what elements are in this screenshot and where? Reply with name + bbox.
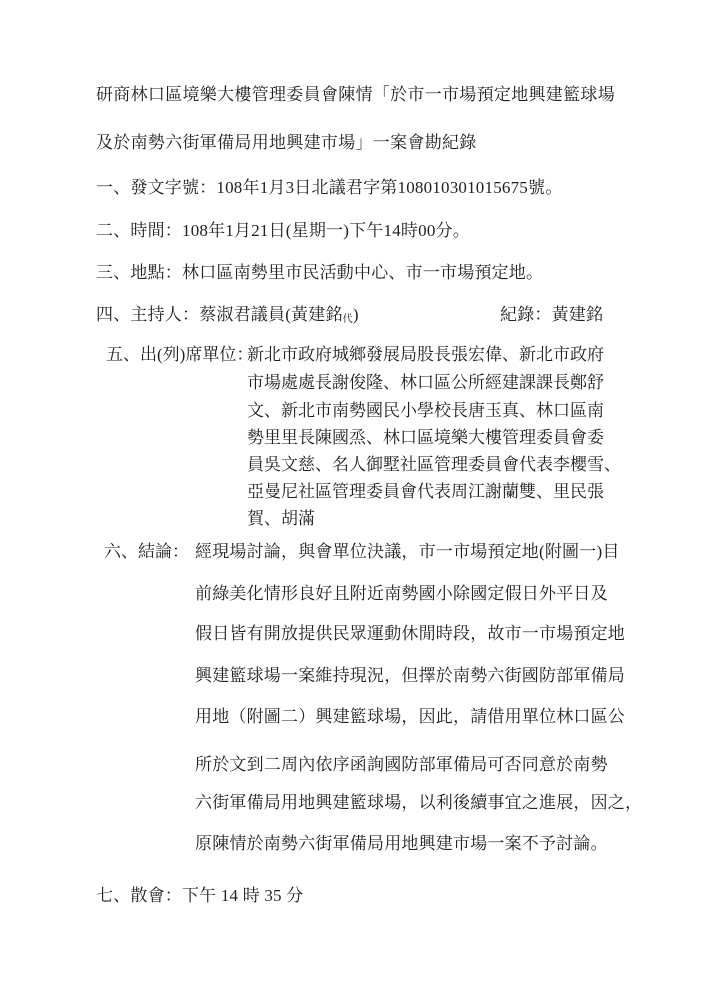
document-title-line-2: 及於南勢六街軍備局用地興建市場」一案會勘紀錄 [96, 131, 477, 155]
host-close-paren: ) [353, 305, 359, 324]
item-time: 二、時間：108年1月21日(星期一)下午14時00分。 [96, 219, 470, 243]
item-attendees-first-line: 五、出(列)席單位：新北市政府城鄉發展局股長張宏偉、新北市政府 [106, 343, 604, 367]
conclusion-line: 用地（附圖二）興建籃球場，因此，請借用單位林口區公 [195, 705, 625, 729]
host-deputy-mark: 代 [343, 314, 353, 325]
conclusion-line: 前綠美化情形良好且附近南勢國小除國定假日外平日及 [195, 582, 608, 606]
conclusion-lead: 六、結論： [104, 540, 195, 564]
attendees-line: 賀、胡滿 [247, 507, 315, 531]
attendees-line: 文、新北市南勢國民小學校長唐玉真、林口區南 [247, 399, 604, 423]
attendees-lead: 五、出(列)席單位： [106, 343, 247, 367]
attendees-line: 員吳文慈、名人御墅社區管理委員會代表李櫻雪、 [247, 453, 621, 477]
item-host: 四、主持人：蔡淑君議員(黃建銘代) 紀錄：黃建銘 [96, 303, 612, 332]
attendees-line: 勢里里長陳國烝、林口區境樂大樓管理委員會委 [247, 426, 604, 450]
recorder-text: 紀錄：黃建銘 [500, 303, 603, 327]
item-adjournment: 七、散會：下午 14 時 35 分 [96, 884, 303, 908]
conclusion-line: 所於文到二周內依序函詢國防部軍備局可否同意於南勢 [195, 753, 608, 777]
document-title-line-1: 研商林口區境樂大樓管理委員會陳情「於市一市場預定地興建籃球場 [96, 83, 615, 107]
item-issue-number: 一、發文字號：108年1月3日北議君字第108010301015675號。 [96, 176, 562, 200]
attendees-line: 新北市政府城鄉發展局股長張宏偉、新北市政府 [247, 345, 604, 364]
conclusion-line: 假日皆有開放提供民眾運動休閒時段，故市一市場預定地 [195, 622, 625, 646]
conclusion-line: 原陳情於南勢六街軍備局用地興建市場一案不予討論。 [195, 832, 608, 856]
item-conclusion-first-line: 六、結論：經現場討論，與會單位決議，市一市場預定地(附圖一)目 [104, 540, 620, 564]
conclusion-line: 經現場討論，與會單位決議，市一市場預定地(附圖一)目 [195, 542, 620, 561]
attendees-line: 亞曼尼社區管理委員會代表周江謝蘭雙、里民張 [247, 480, 604, 504]
attendees-line: 市場處處長謝俊隆、林口區公所經建課課長鄭舒 [247, 371, 604, 395]
conclusion-line: 興建籃球場一案維持現況，但擇於南勢六街國防部軍備局 [195, 664, 625, 688]
document-page: 研商林口區境樂大樓管理委員會陳情「於市一市場預定地興建籃球場 及於南勢六街軍備局… [0, 0, 707, 1000]
host-text: 四、主持人：蔡淑君議員(黃建銘 [96, 305, 343, 324]
item-location: 三、地點：林口區南勢里市民活動中心、市一市場預定地。 [96, 261, 543, 285]
conclusion-line: 六街軍備局用地興建籃球場，以利後續事宜之進展，因之， [195, 791, 642, 815]
